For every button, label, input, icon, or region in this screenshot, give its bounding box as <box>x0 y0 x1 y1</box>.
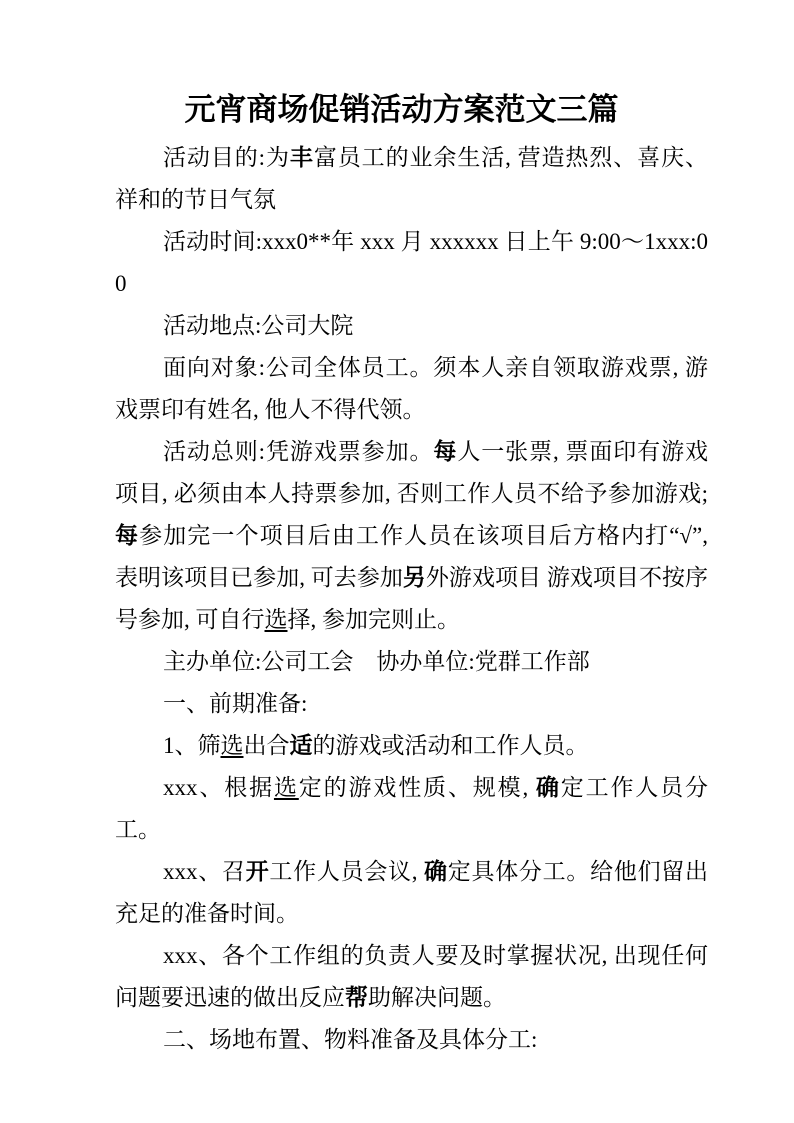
bold-text-run: 帮 <box>345 985 368 1010</box>
paragraph: 活动总则:凭游戏票参加。每人一张票, 票面印有游戏项目, 必须由本人持票参加, … <box>115 431 708 641</box>
paragraph: 活动时间:xxx0**年 xxx 月 xxxxxx 日上午 9:00～1xxx:… <box>115 221 708 305</box>
text-run: 出合 <box>244 733 290 758</box>
bold-text-run: 确 <box>424 859 448 884</box>
document-body: 活动目的:为丰富员工的业余生活, 营造热烈、喜庆、祥和的节日气氛活动时间:xxx… <box>115 137 708 1061</box>
text-run: 活动总则:凭游戏票参加。 <box>163 439 433 464</box>
text-run: 1、筛 <box>163 733 221 758</box>
bold-text-run: 确 <box>536 775 561 800</box>
text-run: 活动地点:公司大院 <box>163 313 353 338</box>
underlined-text-run: 选 <box>265 607 288 632</box>
document-page: 元宵商场促销活动方案范文三篇 活动目的:为丰富员工的业余生活, 营造热烈、喜庆、… <box>0 0 794 1123</box>
text-run: 择, 参加完则止。 <box>288 607 461 632</box>
text-run: 主办单位:公司工会 协办单位:党群工作部 <box>163 649 590 674</box>
paragraph: 活动目的:为丰富员工的业余生活, 营造热烈、喜庆、祥和的节日气氛 <box>115 137 708 221</box>
paragraph: xxx、召开工作人员会议, 确定具体分工。给他们留出充足的准备时间。 <box>115 851 708 935</box>
text-run: 活动时间:xxx0**年 xxx 月 xxxxxx 日上午 9:00～1xxx:… <box>115 229 708 296</box>
paragraph: xxx、根据选定的游戏性质、规模, 确定工作人员分工。 <box>115 767 708 851</box>
paragraph: 面向对象:公司全体员工。须本人亲自领取游戏票, 游戏票印有姓名, 他人不得代领。 <box>115 347 708 431</box>
text-run: 定的游戏性质、规模, <box>299 775 536 800</box>
text-run: 助解决问题。 <box>368 985 506 1010</box>
underlined-text-run: 选 <box>221 733 244 758</box>
underlined-text-run: 选 <box>274 775 299 800</box>
paragraph: 1、筛选出合适的游戏或活动和工作人员。 <box>115 725 708 767</box>
bold-text-run: 每 <box>115 523 139 548</box>
bold-text-run: 丰 <box>290 145 314 170</box>
paragraph: 一、前期准备: <box>115 683 708 725</box>
bold-text-run: 另 <box>403 565 426 590</box>
document-title: 元宵商场促销活动方案范文三篇 <box>115 90 688 130</box>
paragraph: 主办单位:公司工会 协办单位:党群工作部 <box>115 641 708 683</box>
bold-text-run: 开 <box>246 859 270 884</box>
text-run: 工作人员会议, <box>269 859 424 884</box>
text-run: 活动目的:为 <box>163 145 290 170</box>
text-run: 的游戏或活动和工作人员。 <box>313 733 589 758</box>
text-run: 二、场地布置、物料准备及具体分工: <box>163 1027 537 1052</box>
text-run: 一、前期准备: <box>163 691 307 716</box>
paragraph: 二、场地布置、物料准备及具体分工: <box>115 1019 708 1061</box>
text-run: xxx、根据 <box>163 775 274 800</box>
text-run: 面向对象:公司全体员工。须本人亲自领取游戏票, 游戏票印有姓名, 他人不得代领。 <box>115 355 708 422</box>
paragraph: 活动地点:公司大院 <box>115 305 708 347</box>
text-run: xxx、召 <box>163 859 246 884</box>
bold-text-run: 每 <box>433 439 457 464</box>
bold-text-run: 适 <box>290 733 313 758</box>
paragraph: xxx、各个工作组的负责人要及时掌握状况, 出现任何问题要迅速的做出反应帮助解决… <box>115 935 708 1019</box>
